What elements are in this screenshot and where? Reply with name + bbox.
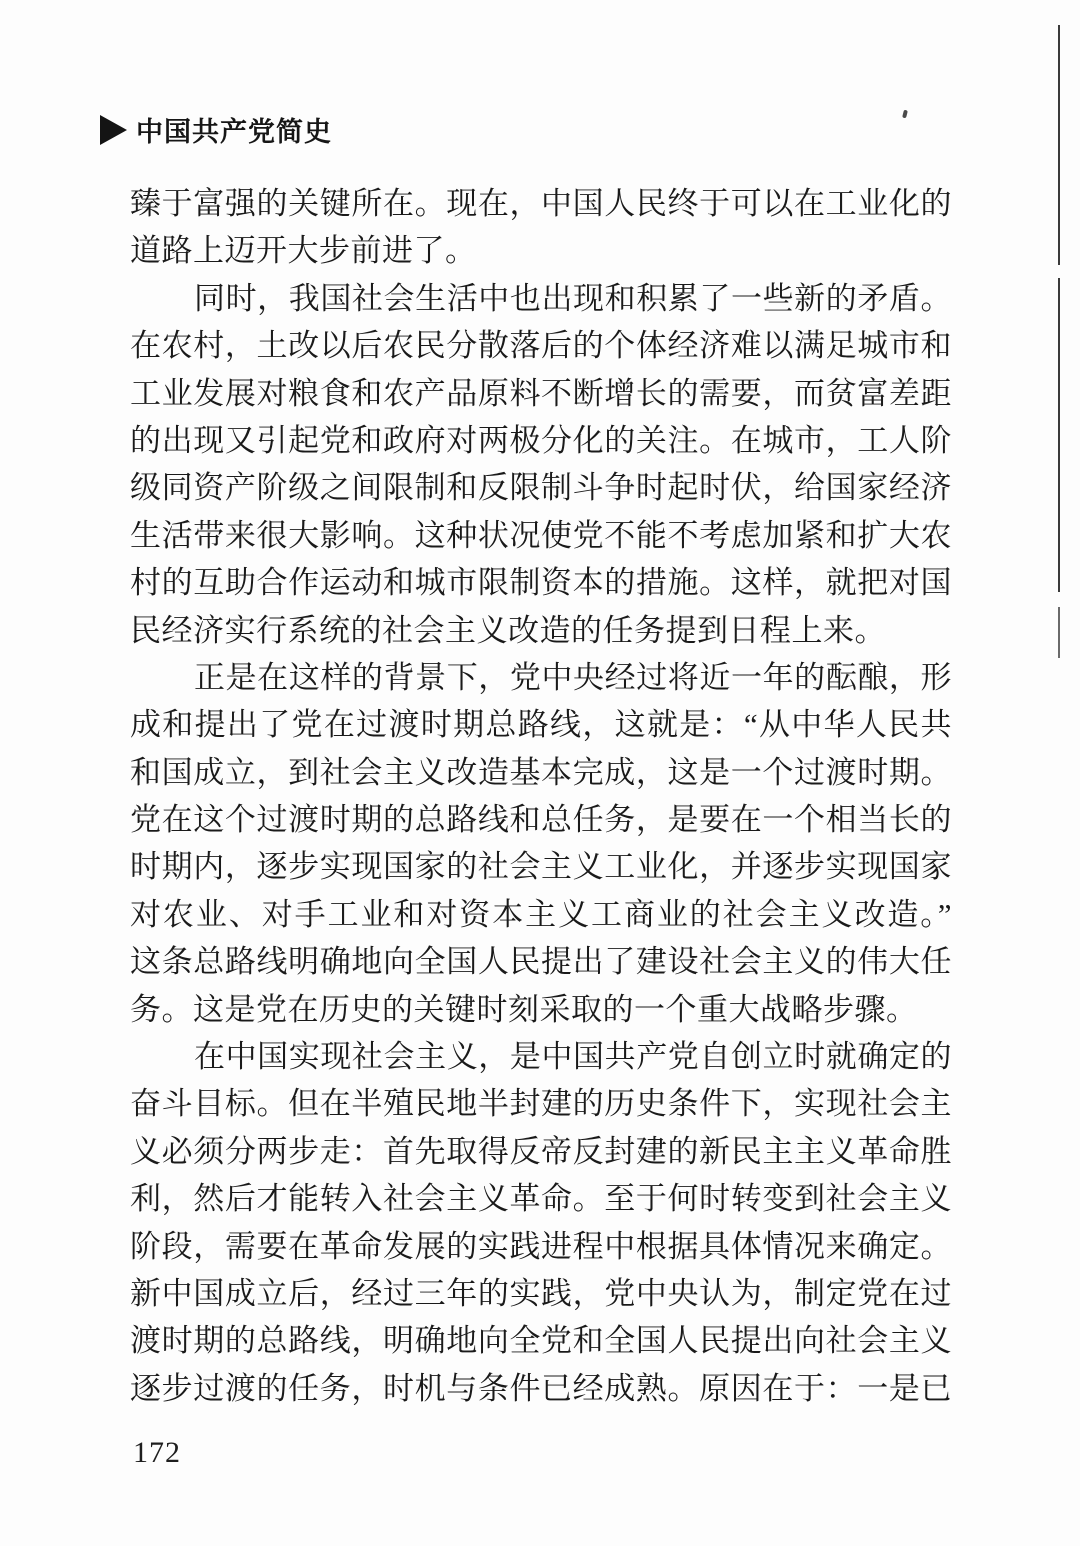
book-title: 中国共产党简史 xyxy=(136,110,332,149)
text-line: 在农村，土改以后农民分散落后的个体经济难以满足城市和 xyxy=(130,322,952,369)
text-line: 义必须分两步走：首先取得反帝反封建的新民主主义革命胜 xyxy=(130,1128,952,1175)
scan-artifact-line xyxy=(1058,25,1060,265)
text-line: 正是在这样的背景下，党中央经过将近一年的酝酿，形 xyxy=(130,654,952,701)
text-line: 在中国实现社会主义，是中国共产党自创立时就确定的 xyxy=(130,1033,952,1080)
scan-artifact-speck xyxy=(902,110,908,119)
text-line: 这条总路线明确地向全国人民提出了建设社会主义的伟大任 xyxy=(130,938,952,985)
text-line: 时期内，逐步实现国家的社会主义工业化，并逐步实现国家 xyxy=(130,843,952,890)
text-line: 奋斗目标。但在半殖民地半封建的历史条件下，实现社会主 xyxy=(130,1080,952,1127)
text-line: 级同资产阶级之间限制和反限制斗争时起时伏，给国家经济 xyxy=(130,464,952,511)
text-line: 和国成立，到社会主义改造基本完成，这是一个过渡时期。 xyxy=(130,749,952,796)
body-text: 臻于富强的关键所在。现在，中国人民终于可以在工业化的 道路上迈开大步前进了。 同… xyxy=(130,180,952,1412)
page-number: 172 xyxy=(133,1436,181,1470)
text-line: 的出现又引起党和政府对两极分化的关注。在城市，工人阶 xyxy=(130,417,952,464)
text-line: 党在这个过渡时期的总路线和总任务，是要在一个相当长的 xyxy=(130,796,952,843)
scanned-book-page: 中国共产党简史 臻于富强的关键所在。现在，中国人民终于可以在工业化的 道路上迈开… xyxy=(0,0,1080,1546)
scan-artifact-line xyxy=(1058,278,1060,592)
text-line: 对农业、对手工业和对资本主义工商业的社会主义改造。” xyxy=(130,891,952,938)
text-line: 阶段，需要在革命发展的实践进程中根据具体情况来确定。 xyxy=(130,1223,952,1270)
scan-artifact-line xyxy=(1058,607,1060,658)
text-line: 同时，我国社会生活中也出现和积累了一些新的矛盾。 xyxy=(130,275,952,322)
text-line: 民经济实行系统的社会主义改造的任务提到日程上来。 xyxy=(130,607,952,654)
text-line: 新中国成立后，经过三年的实践，党中央认为，制定党在过 xyxy=(130,1270,952,1317)
text-line: 利，然后才能转入社会主义革命。至于何时转变到社会主义 xyxy=(130,1175,952,1222)
text-line: 工业发展对粮食和农产品原料不断增长的需要，而贫富差距 xyxy=(130,370,952,417)
running-head: 中国共产党简史 xyxy=(100,110,332,149)
text-line: 村的互助合作运动和城市限制资本的措施。这样，就把对国 xyxy=(130,559,952,606)
text-line: 生活带来很大影响。这种状况使党不能不考虑加紧和扩大农 xyxy=(130,512,952,559)
text-line: 务。这是党在历史的关键时刻采取的一个重大战略步骤。 xyxy=(130,986,952,1033)
text-line: 成和提出了党在过渡时期总路线，这就是：“从中华人民共 xyxy=(130,701,952,748)
text-line: 臻于富强的关键所在。现在，中国人民终于可以在工业化的 xyxy=(130,180,952,227)
text-line: 道路上迈开大步前进了。 xyxy=(130,227,952,274)
text-line: 逐步过渡的任务，时机与条件已经成熟。原因在于：一是已 xyxy=(130,1365,952,1412)
right-triangle-icon xyxy=(100,115,127,145)
text-line: 渡时期的总路线，明确地向全党和全国人民提出向社会主义 xyxy=(130,1317,952,1364)
